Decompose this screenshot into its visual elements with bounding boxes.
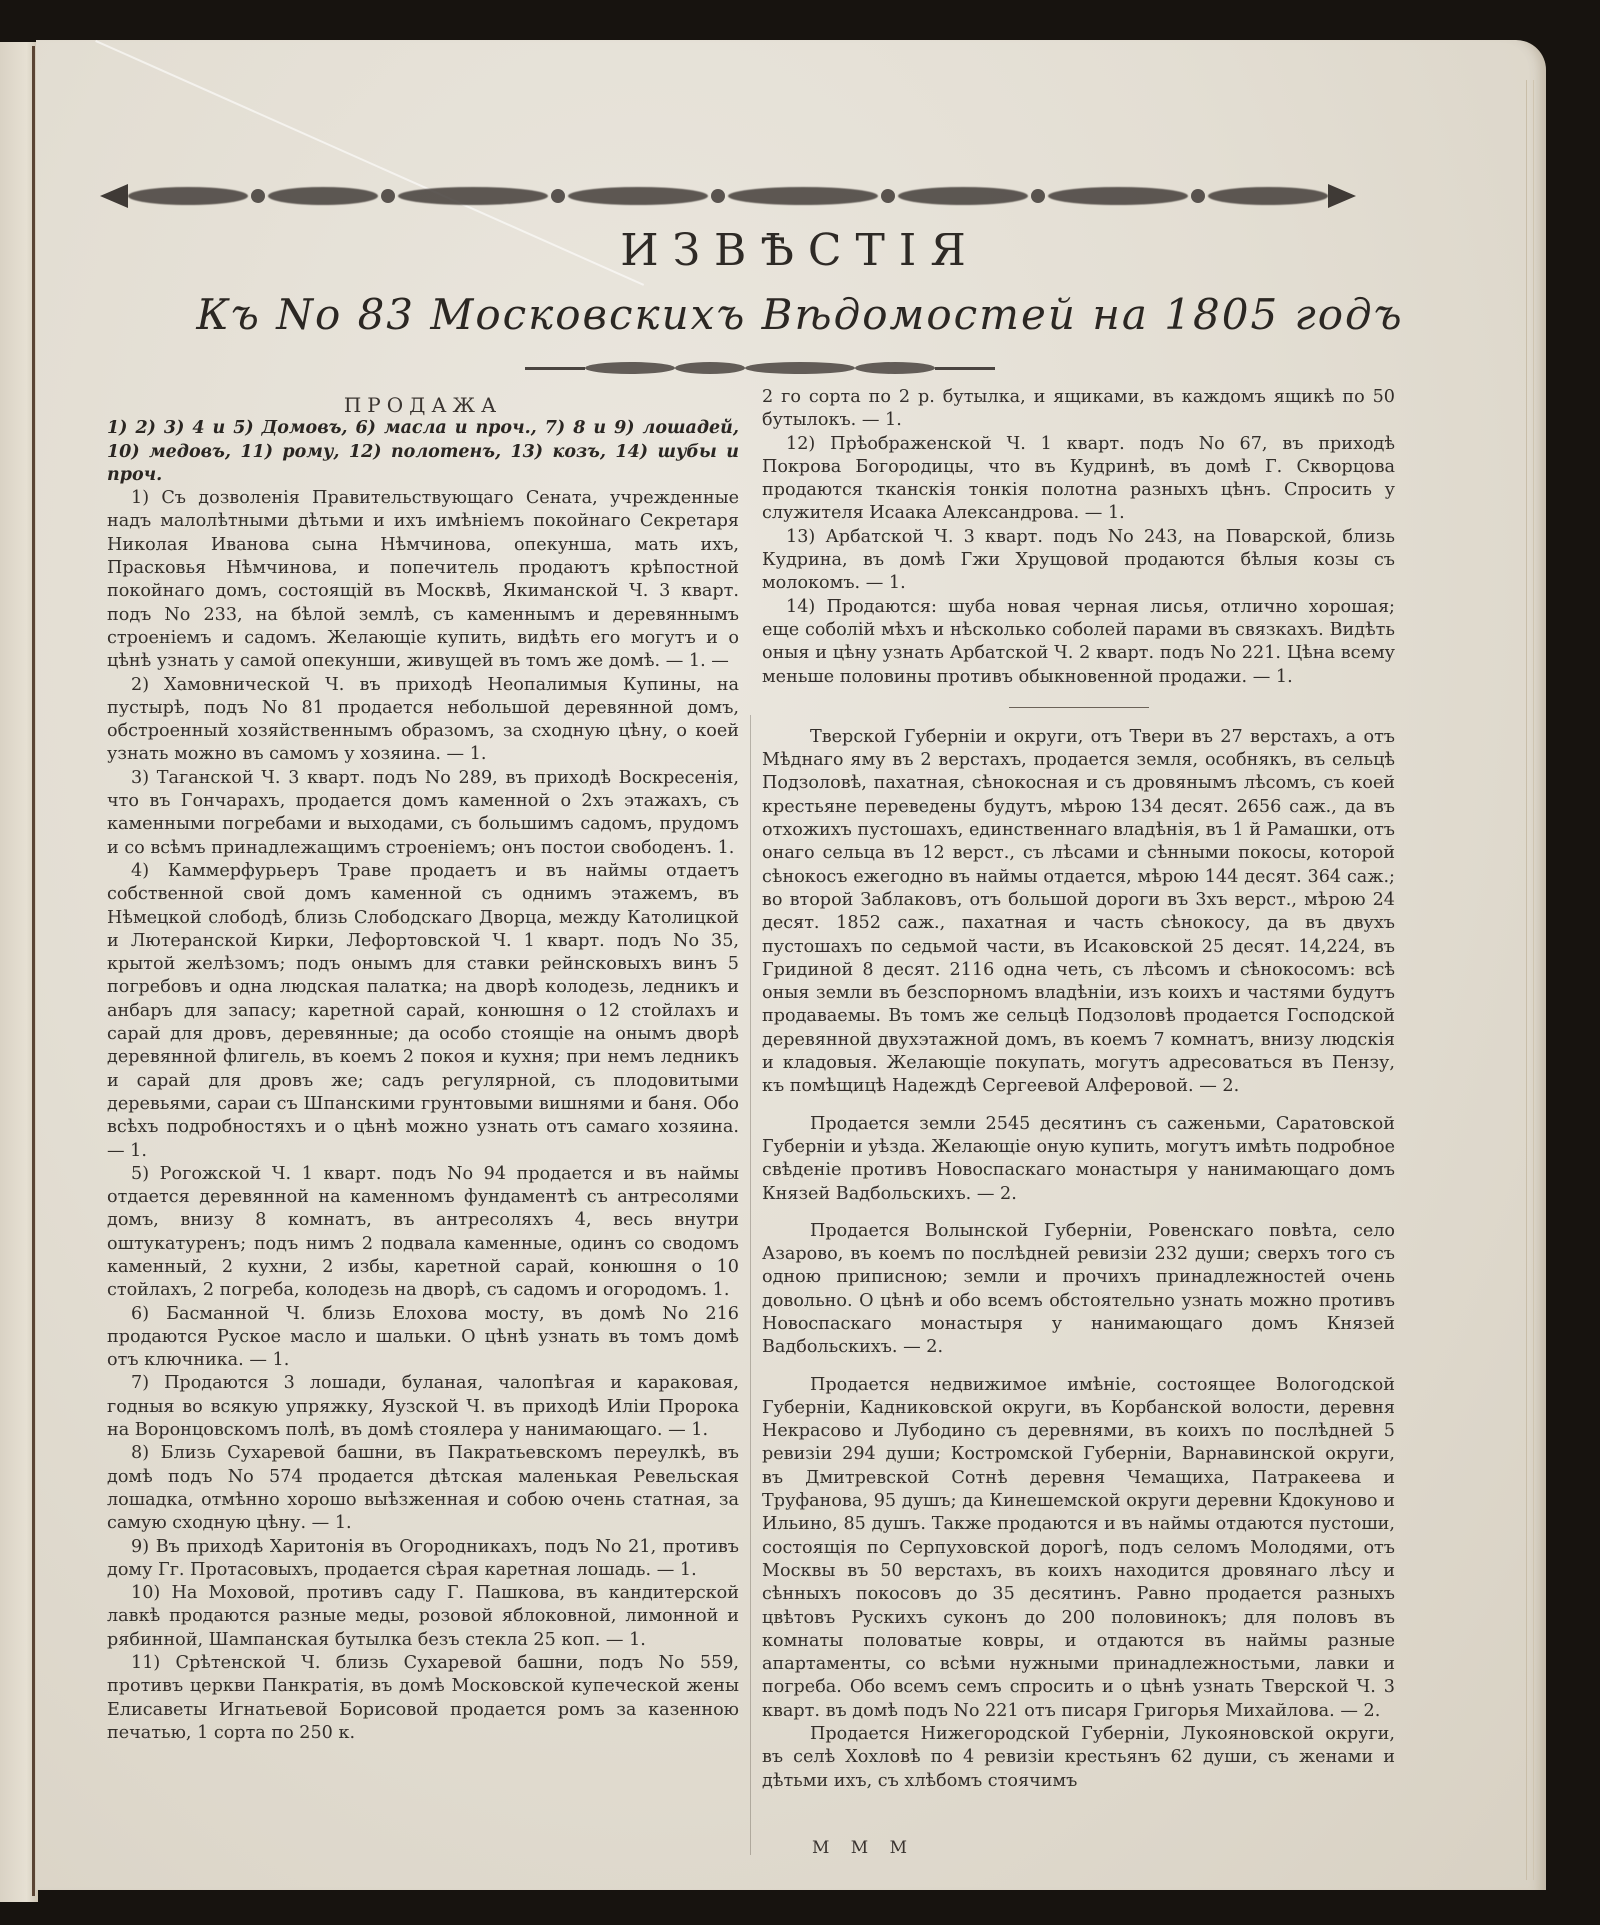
notice-item: 12) Прѣображенской Ч. 1 кварт. подъ No 6…: [762, 433, 1395, 526]
section-summary: 1) 2) 3) 4 и 5) Домовъ, 6) масла и проч.…: [107, 417, 739, 487]
section-divider: [1009, 707, 1149, 708]
notice-item-continued: 2 го сорта по 2 р. бутылка, и ящиками, в…: [762, 386, 1395, 433]
notice-item: 11) Срѣтенской Ч. близь Сухаревой башни,…: [107, 1652, 739, 1745]
masthead-title: ИЗВѢСТІЯ: [0, 225, 1600, 276]
notice-item: 13) Арбатской Ч. 3 кварт. подъ No 243, н…: [762, 526, 1395, 596]
estate-notice: Тверской Губерніи и округи, отъ Твери въ…: [762, 726, 1395, 1099]
column-divider: [750, 715, 751, 1855]
notice-item: 8) Близь Сухаревой башни, въ Пакратьевск…: [107, 1442, 739, 1535]
notice-item: 3) Таганской Ч. 3 кварт. подъ No 289, въ…: [107, 767, 739, 860]
left-column: ПРОДАЖА 1) 2) 3) 4 и 5) Домовъ, 6) масла…: [107, 386, 739, 1745]
section-title-sale: ПРОДАЖА: [107, 394, 739, 417]
estate-notice: Продается земли 2545 десятинъ съ саженьм…: [762, 1113, 1395, 1206]
estate-notice: Продается Нижегородской Губерніи, Лукоян…: [762, 1723, 1395, 1793]
notice-item: 1) Съ дозволенія Правительствующаго Сена…: [107, 487, 739, 673]
estate-notice: Продается недвижимое имѣніе, состоящее В…: [762, 1374, 1395, 1723]
page-fore-edge: [1526, 80, 1534, 1880]
right-column: 2 го сорта по 2 р. бутылка, и ящиками, в…: [762, 386, 1395, 1793]
masthead-subtitle: Къ No 83 Московскихъ Вѣдомостей на 1805 …: [0, 290, 1600, 339]
notice-item: 5) Рогожской Ч. 1 кварт. подъ No 94 прод…: [107, 1163, 739, 1303]
estate-notice: Продается Волынской Губерніи, Ровенскаго…: [762, 1220, 1395, 1360]
notice-item: 2) Хамовнической Ч. въ приходѣ Неопалимы…: [107, 674, 739, 767]
notice-item: 7) Продаются 3 лошади, буланая, чалопѣга…: [107, 1372, 739, 1442]
notice-item: 6) Басманной Ч. близь Елохова мосту, въ …: [107, 1303, 739, 1373]
ornament-arrow-right-icon: [1328, 184, 1356, 208]
top-ornament-rule: [100, 183, 1390, 209]
notice-item: 10) На Моховой, противъ саду Г. Пашкова,…: [107, 1582, 739, 1652]
notice-item: 14) Продаются: шуба новая черная лисья, …: [762, 596, 1395, 689]
notice-item: 4) Каммерфурьеръ Траве продаетъ и въ най…: [107, 860, 739, 1163]
notice-item: 9) Въ приходѣ Харитонія въ Огородникахъ,…: [107, 1536, 739, 1583]
signature-mark: М М М: [812, 1838, 915, 1858]
ornament-arrow-left-icon: [100, 184, 128, 208]
sub-ornament-rule: [525, 361, 1005, 375]
